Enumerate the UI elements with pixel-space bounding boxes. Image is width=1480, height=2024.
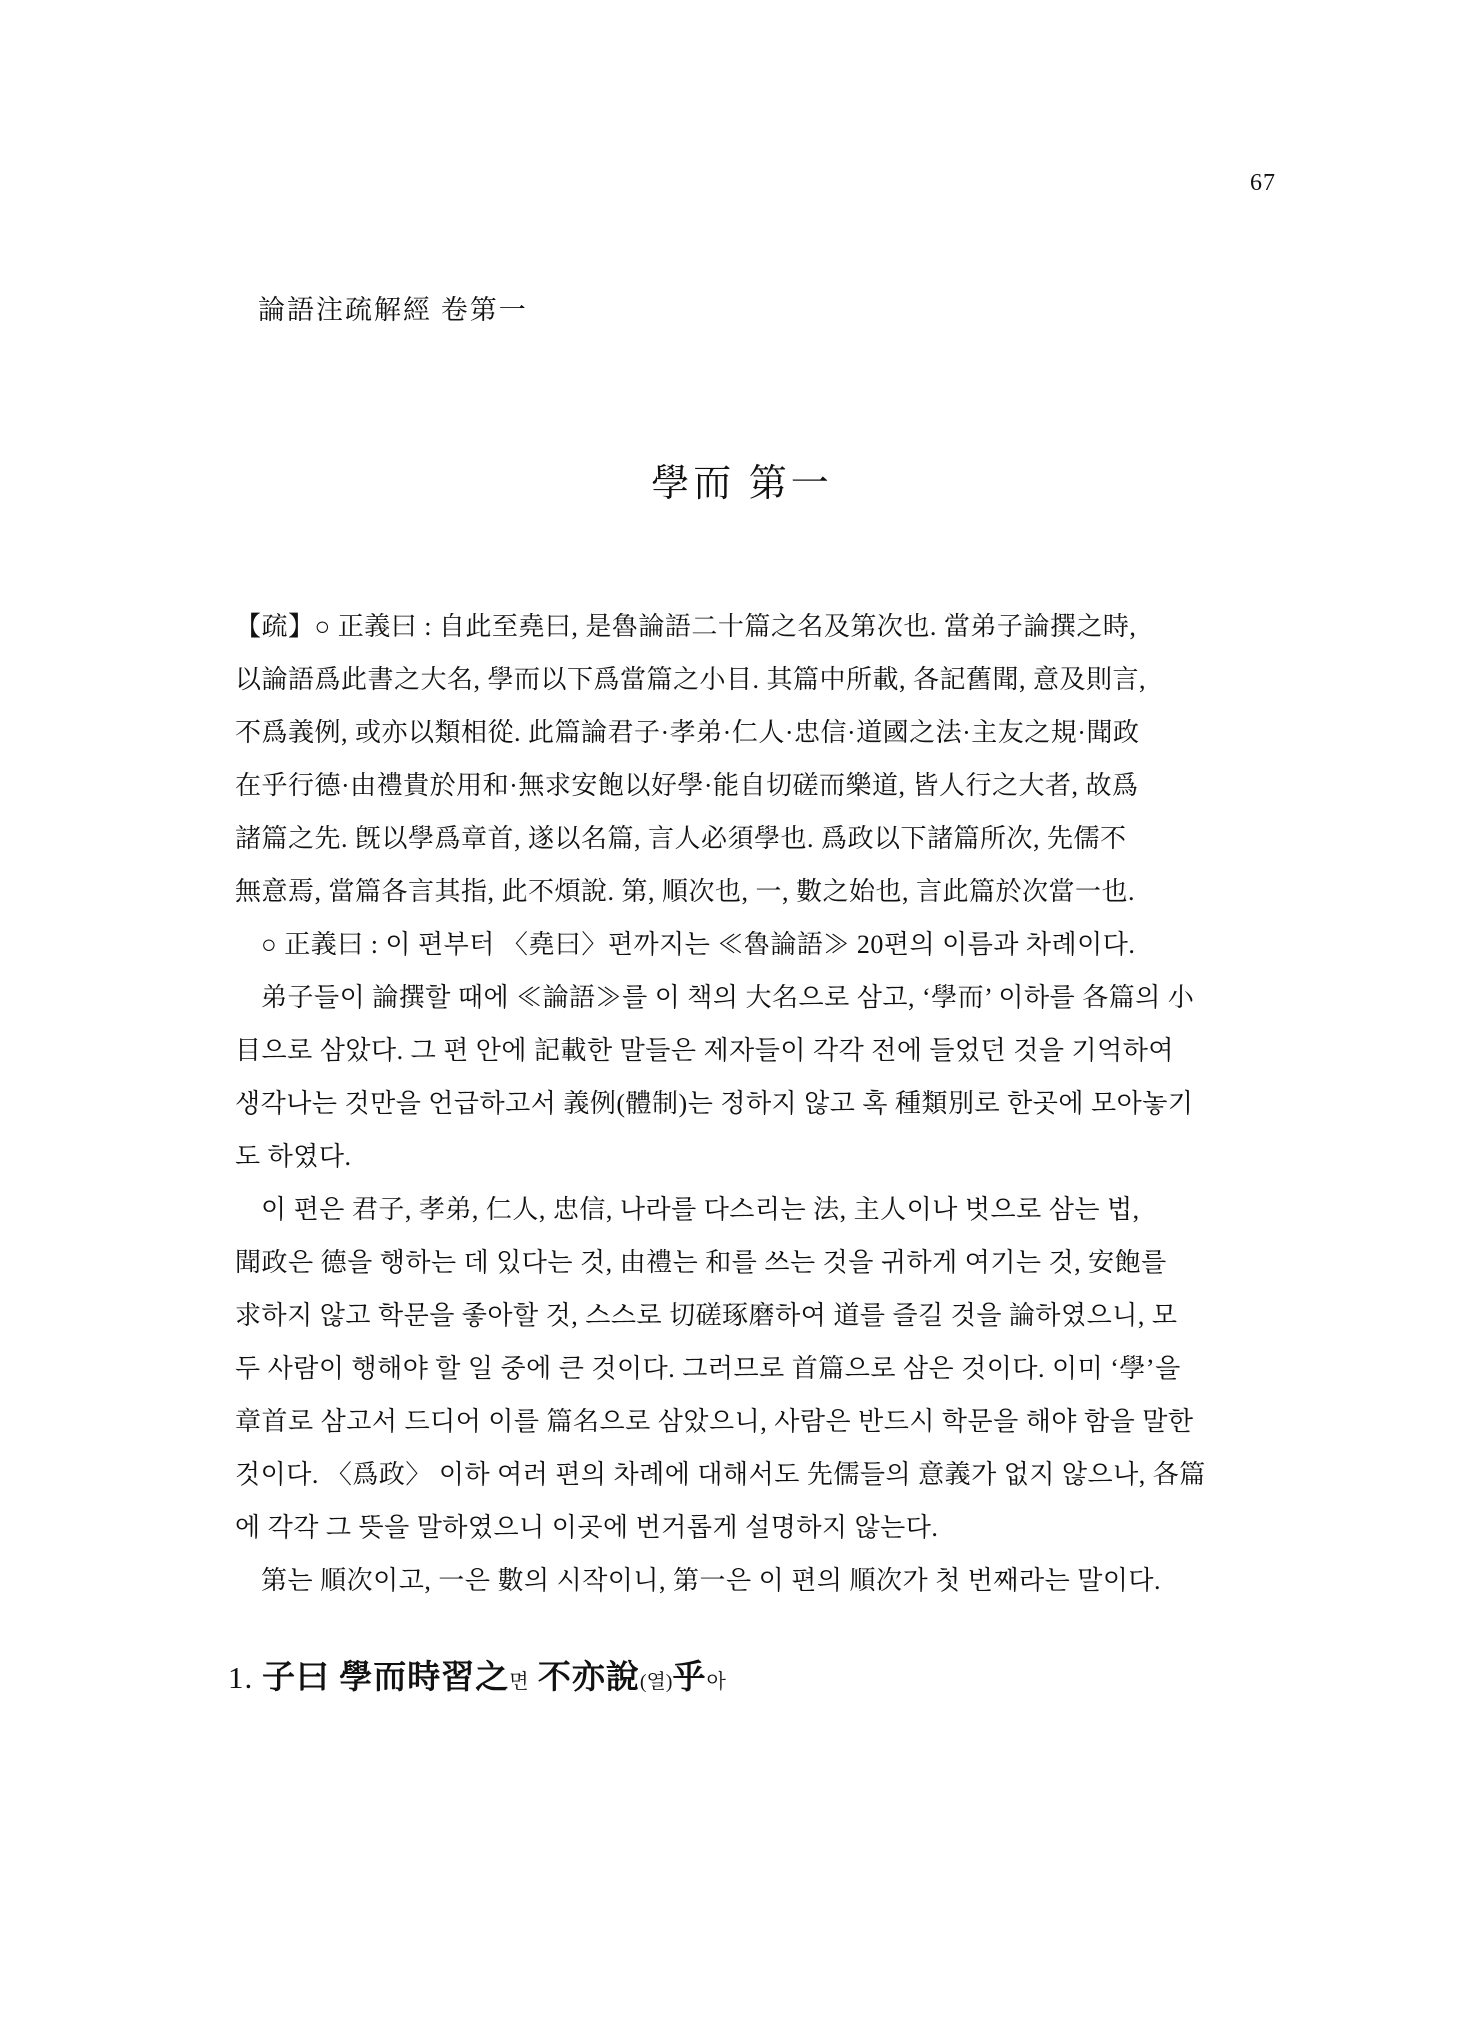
volume-header: 論語注疏解經 卷第一 [258, 288, 528, 327]
heading-segment: 아 [706, 1671, 725, 1693]
text-line: 求하지 않고 학문을 좋아할 것, 스스로 切磋琢磨하여 道를 즐길 것을 論하… [235, 1289, 1249, 1342]
text-line: 諸篇之先. 旣以學爲章首, 遂以名篇, 言人必須學也. 爲政以下諸篇所次, 先儒… [235, 812, 1249, 865]
heading-segment: 1. [228, 1660, 262, 1695]
text-line: 도 하였다. [235, 1130, 1249, 1183]
text-line: 聞政은 德을 행하는 데 있다는 것, 由禮는 和를 쓰는 것을 귀하게 여기는… [235, 1236, 1249, 1289]
chapter-title: 學而 第一 [235, 452, 1249, 507]
text-line: 생각나는 것만을 언급하고서 義例(體制)는 정하지 않고 혹 種類別로 한곳에… [235, 1077, 1249, 1130]
heading-segment: 不亦說 [529, 1660, 640, 1696]
heading-segment: 乎 [672, 1660, 706, 1696]
commentary-paragraph: 이 편은 君子, 孝弟, 仁人, 忠信, 나라를 다스리는 法, 主人이나 벗으… [235, 1183, 1249, 1554]
text-line: 第는 順次이고, 一은 數의 시작이니, 第一은 이 편의 順次가 첫 번째라는… [235, 1554, 1249, 1607]
heading-segment: 子曰 學而時習之 [262, 1660, 509, 1696]
text-line: 無意焉, 當篇各言其指, 此不煩說. 第, 順次也, 一, 數之始也, 言此篇於… [235, 865, 1249, 918]
text-line: 目으로 삼았다. 그 편 안에 記載한 말들은 제자들이 각각 전에 들었던 것… [235, 1024, 1249, 1077]
text-line: 이 편은 君子, 孝弟, 仁人, 忠信, 나라를 다스리는 法, 主人이나 벗으… [235, 1183, 1249, 1236]
commentary-paragraph: 【疏】○ 正義曰 : 自此至堯曰, 是魯論語二十篇之名及第次也. 當弟子論撰之時… [235, 600, 1249, 918]
text-line: 【疏】○ 正義曰 : 自此至堯曰, 是魯論語二十篇之名及第次也. 當弟子論撰之時… [235, 600, 1249, 653]
text-line: 章首로 삼고서 드디어 이를 篇名으로 삼았으니, 사람은 반드시 학문을 해야… [235, 1395, 1249, 1448]
commentary-paragraph: ○ 正義曰 : 이 편부터 〈堯曰〉편까지는 ≪魯論語≫ 20편의 이름과 차례… [235, 918, 1249, 971]
text-line: 在乎行德·由禮貴於用和·無求安飽以好學·能自切磋而樂道, 皆人行之大者, 故爲 [235, 759, 1249, 812]
commentary-paragraph: 第는 順次이고, 一은 數의 시작이니, 第一은 이 편의 順次가 첫 번째라는… [235, 1554, 1249, 1607]
document-page: 67 論語注疏解經 卷第一 學而 第一 【疏】○ 正義曰 : 自此至堯曰, 是魯… [0, 0, 1480, 2024]
commentary-body: 【疏】○ 正義曰 : 自此至堯曰, 是魯論語二十篇之名及第次也. 當弟子論撰之時… [235, 600, 1249, 1607]
text-line: 에 각각 그 뜻을 말하였으니 이곳에 번거롭게 설명하지 않는다. [235, 1501, 1249, 1554]
passage-heading: 1. 子曰 學而時習之면 不亦說(열)乎아 [228, 1655, 726, 1707]
text-line: 以論語爲此書之大名, 學而以下爲當篇之小目. 其篇中所載, 各記舊聞, 意及則言… [235, 653, 1249, 706]
heading-segment: 면 [509, 1671, 528, 1693]
heading-segment: (열) [640, 1671, 673, 1693]
text-line: ○ 正義曰 : 이 편부터 〈堯曰〉편까지는 ≪魯論語≫ 20편의 이름과 차례… [235, 918, 1249, 971]
text-line: 것이다. 〈爲政〉 이하 여러 편의 차례에 대해서도 先儒들의 意義가 없지 … [235, 1448, 1249, 1501]
text-line: 두 사람이 행해야 할 일 중에 큰 것이다. 그러므로 首篇으로 삼은 것이다… [235, 1342, 1249, 1395]
page-number: 67 [1250, 170, 1276, 197]
commentary-paragraph: 弟子들이 論撰할 때에 ≪論語≫를 이 책의 大名으로 삼고, ‘學而’ 이하를… [235, 971, 1249, 1183]
text-line: 弟子들이 論撰할 때에 ≪論語≫를 이 책의 大名으로 삼고, ‘學而’ 이하를… [235, 971, 1249, 1024]
text-line: 不爲義例, 或亦以類相從. 此篇論君子·孝弟·仁人·忠信·道國之法·主友之規·聞… [235, 706, 1249, 759]
